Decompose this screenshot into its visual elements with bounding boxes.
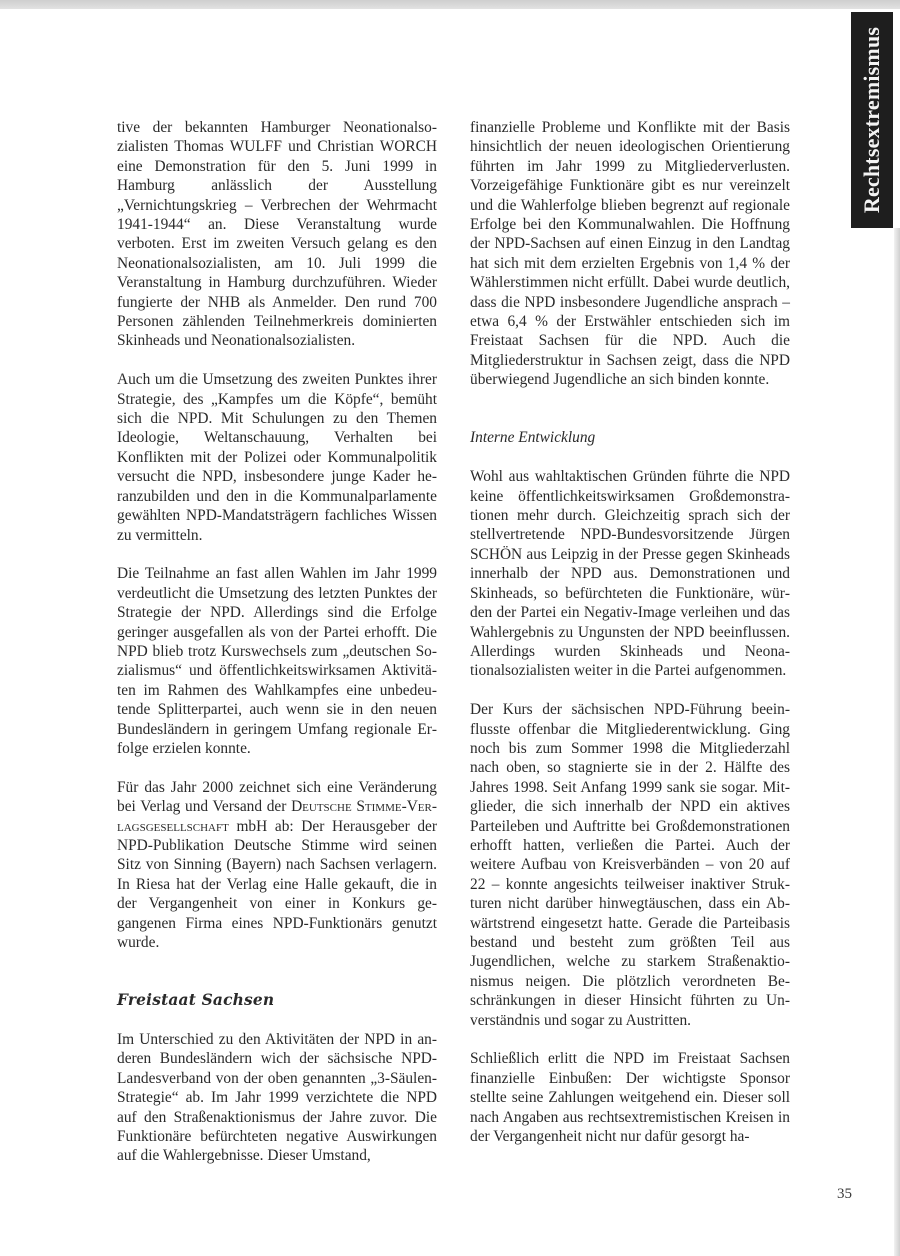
scan-border-right <box>894 228 900 1256</box>
paragraph: Für das Jahr 2000 zeichnet sich eine Ver… <box>117 778 437 953</box>
page-number: 35 <box>837 1186 852 1203</box>
right-column: finanzielle Probleme und Konflikte mit d… <box>470 118 790 1166</box>
left-column: tive der bekannten Hamburger Neonational… <box>117 118 437 1185</box>
paragraph: Schließlich erlitt die NPD im Freistaat … <box>470 1049 790 1146</box>
chapter-tab-label: Rechtsextremismus <box>859 27 885 213</box>
paragraph: Auch um die Umsetzung des zweiten Punkte… <box>117 370 437 545</box>
paragraph-text: mbH ab: Der Herausgeber der NPD-Publikat… <box>117 818 437 951</box>
paragraph: Wohl aus wahltaktischen Gründen führte d… <box>470 467 790 680</box>
scan-border-top <box>0 0 900 9</box>
paragraph: Der Kurs der sächsischen NPD-Führung bee… <box>470 700 790 1030</box>
paragraph: Die Teilnahme an fast allen Wahlen im Ja… <box>117 564 437 758</box>
paragraph: tive der bekannten Hamburger Neonational… <box>117 118 437 351</box>
paragraph: Im Unterschied zu den Aktivitäten der NP… <box>117 1030 437 1166</box>
section-heading: Freistaat Sachsen <box>117 972 437 1011</box>
paragraph: finanzielle Probleme und Konflikte mit d… <box>470 118 790 390</box>
chapter-tab: Rechtsextremismus <box>851 12 893 228</box>
subsection-heading: Interne Entwicklung <box>470 409 790 448</box>
